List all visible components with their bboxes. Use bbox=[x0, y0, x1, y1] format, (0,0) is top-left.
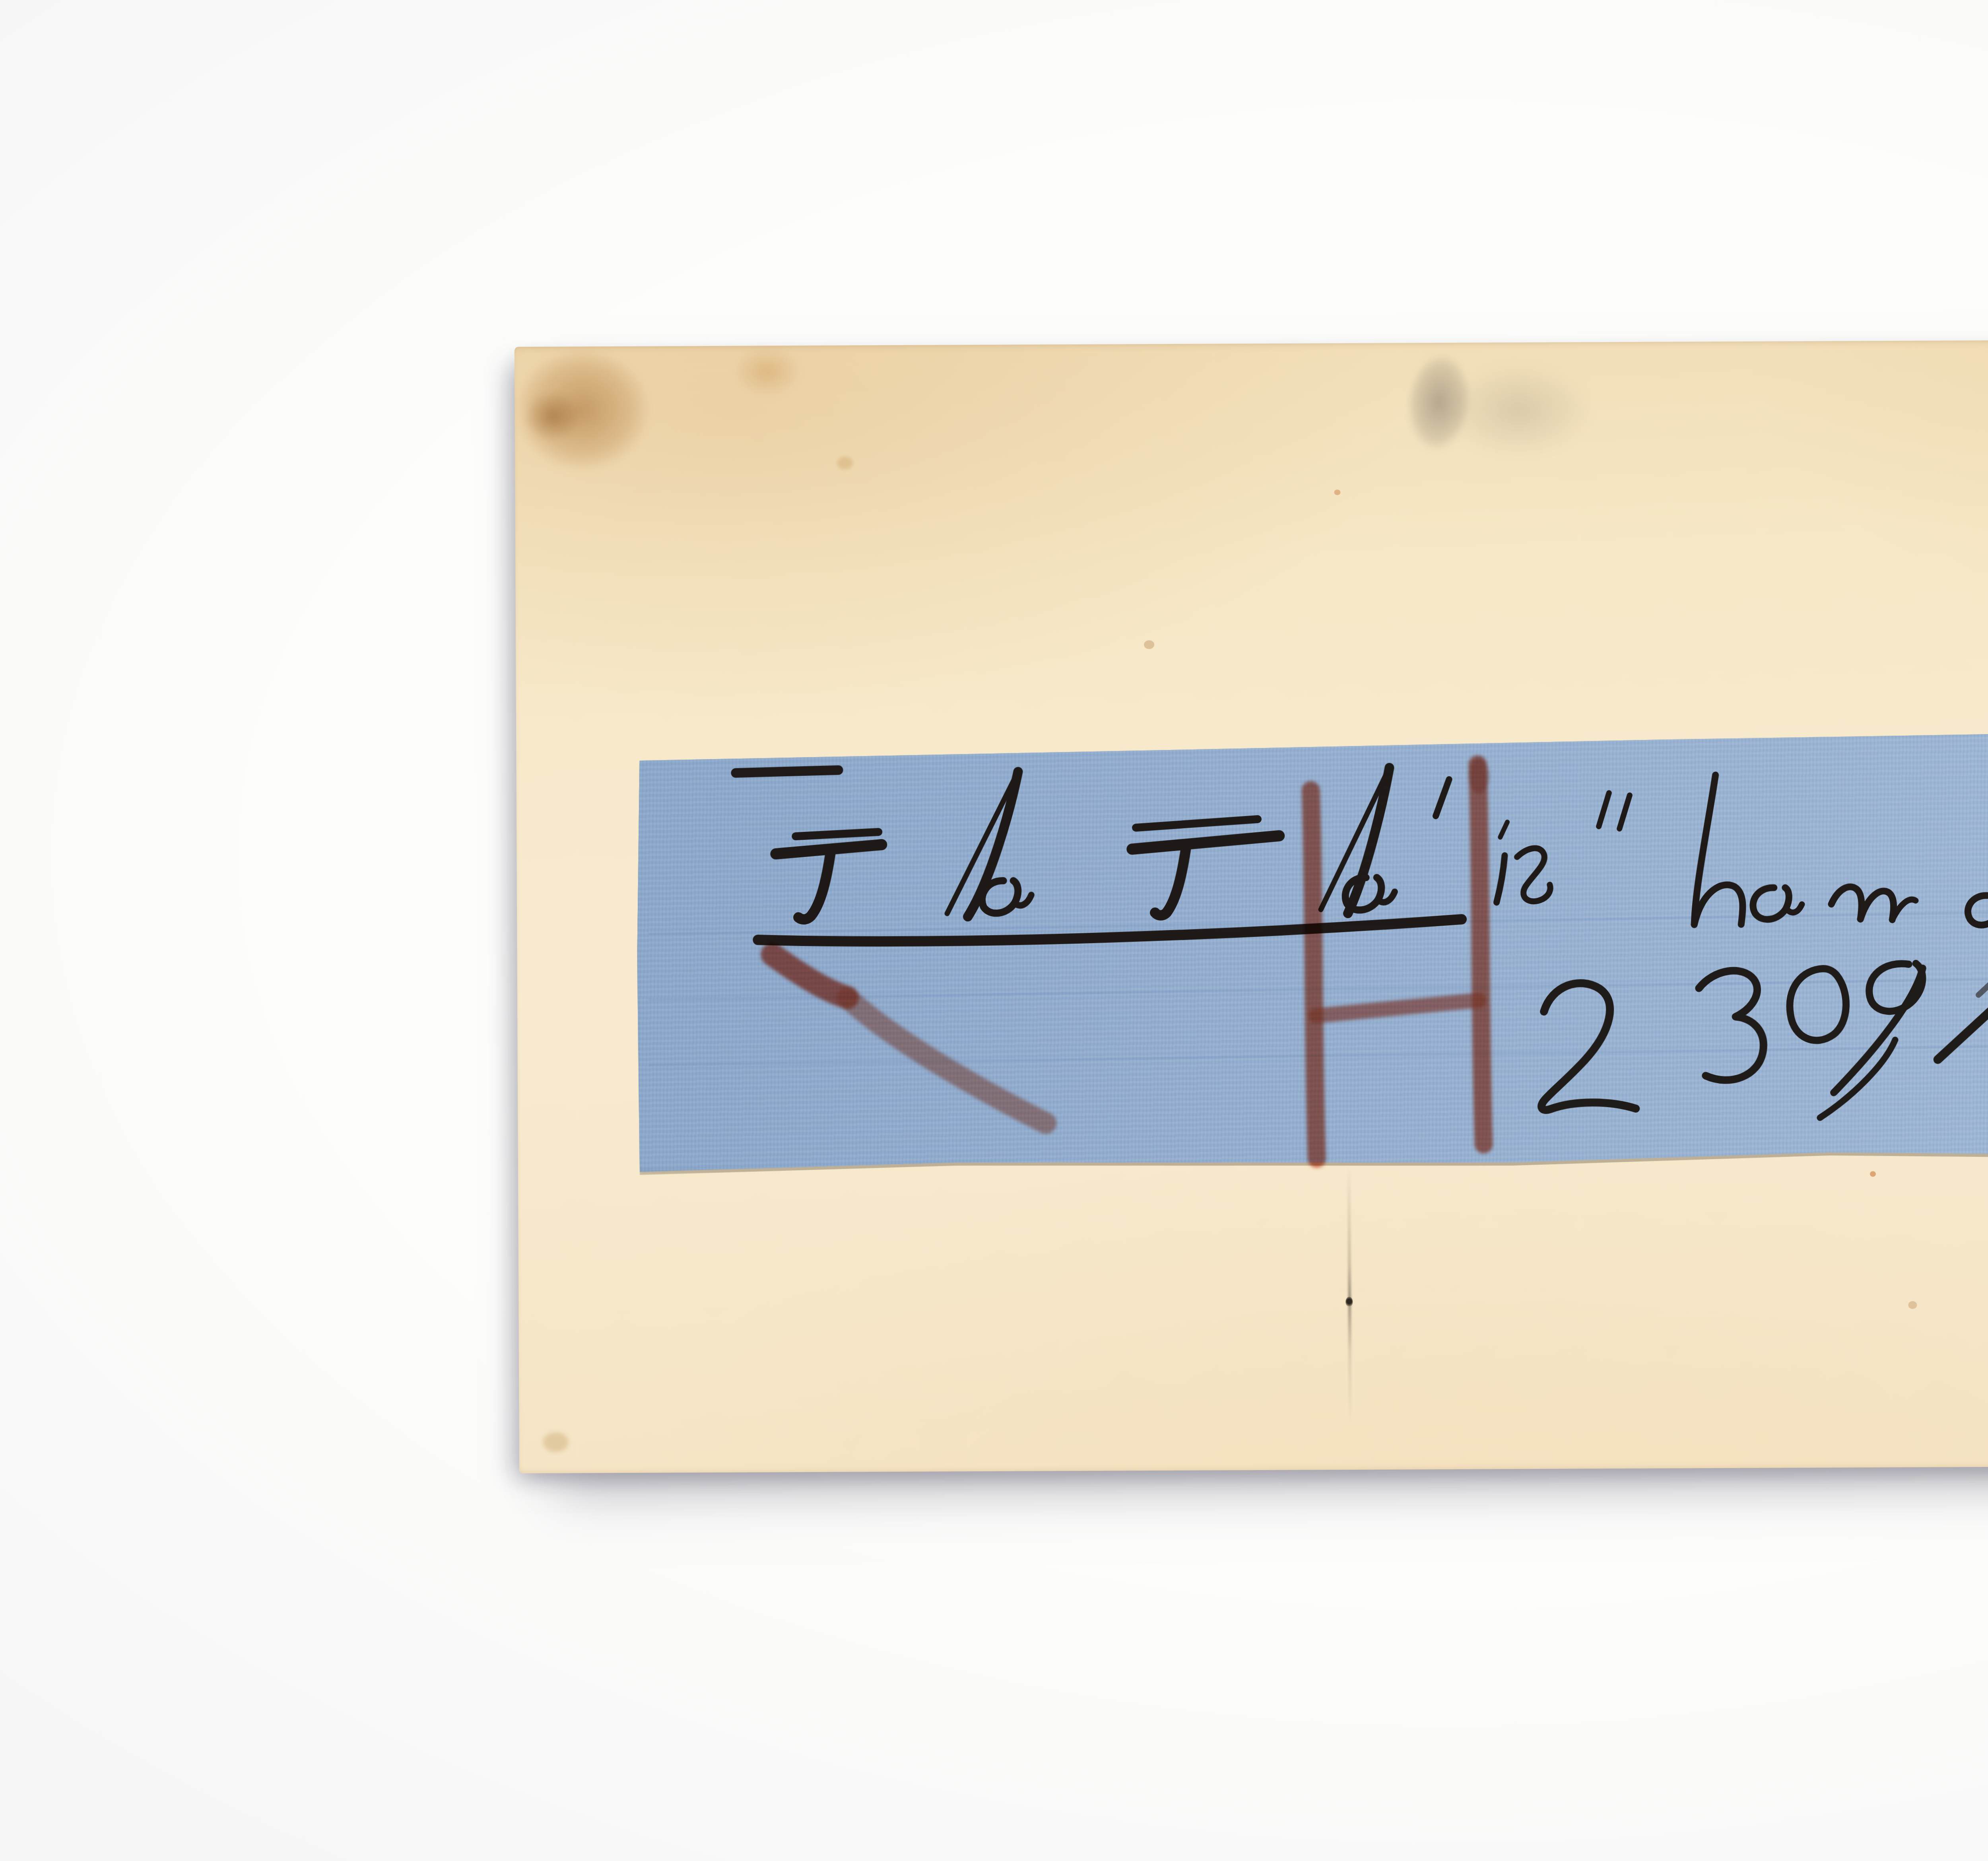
red-h-right-stroke bbox=[1477, 765, 1483, 1144]
foxing-spot bbox=[1144, 640, 1154, 649]
red-crayon-blob bbox=[1468, 758, 1489, 793]
handwriting-layer bbox=[635, 728, 1988, 1173]
vertical-crease bbox=[1347, 1166, 1352, 1425]
stray-dash-mark bbox=[736, 770, 838, 773]
stain-top-left-core bbox=[514, 382, 590, 450]
photo-background: T̄ka T̄ká is “hands” 2309, 17, H bbox=[0, 0, 1988, 1861]
index-card bbox=[514, 339, 1988, 1473]
foxing-spot bbox=[1908, 1301, 1917, 1309]
stain-top-edge bbox=[721, 338, 813, 406]
foxing-spot bbox=[543, 1432, 569, 1452]
foxing-spot bbox=[837, 457, 853, 469]
red-check-stroke bbox=[773, 954, 847, 998]
red-h-left-stroke bbox=[1311, 790, 1317, 1158]
foxing-spot bbox=[1870, 1171, 1876, 1177]
red-h-crossbar bbox=[1316, 1000, 1479, 1016]
pinhole-dot bbox=[1345, 1297, 1353, 1307]
foxing-spot bbox=[1334, 490, 1340, 495]
